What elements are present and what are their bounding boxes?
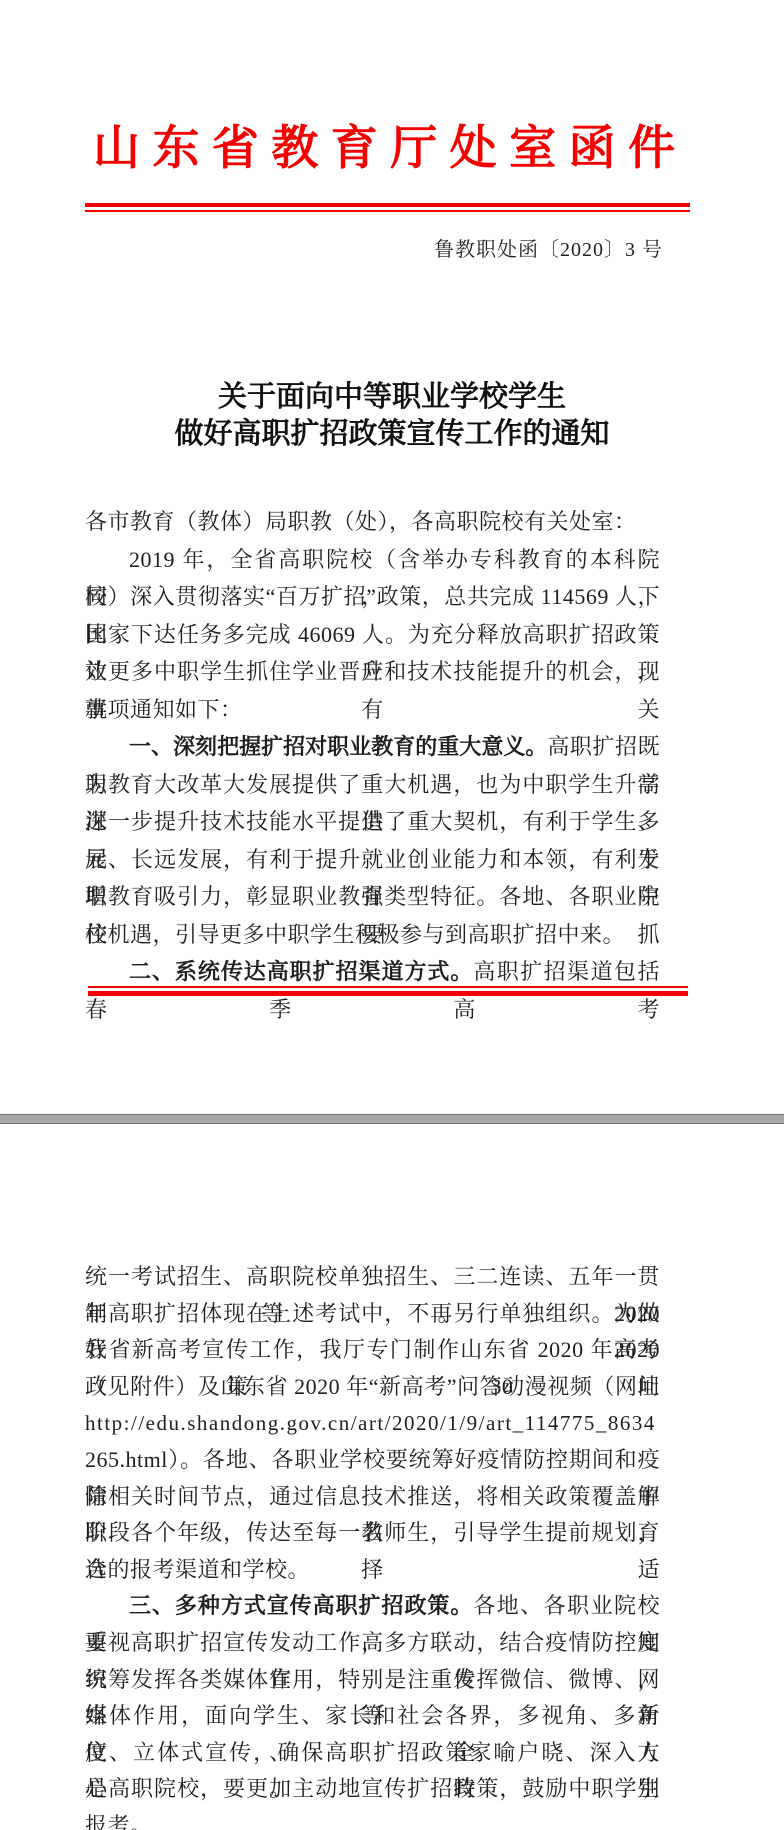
- section-heading: 二、系统传达高职扩招渠道方式。: [129, 959, 473, 984]
- body-line: 年高职扩招体现在上述考试中，不再另行单独组织。为做好 2020: [85, 1296, 660, 1333]
- body-line: 2019 年，全省高职院校（含举办专科教育的本科院校，下: [85, 541, 660, 579]
- body-line: 是高职院校，要更加主动地宣传扩招政策，鼓励中职学生报考。: [85, 1771, 660, 1808]
- letterhead-title: 山东省教育厅处室函件: [93, 120, 675, 179]
- body-line: 重视高职扩招宣传发动工作，多方联动，结合疫情防控知识宣传，: [85, 1625, 660, 1662]
- document-title-line2: 做好高职扩招政策宣传工作的通知: [0, 416, 784, 453]
- body-line: 除相关时间节点，通过信息技术推送，将相关政策覆盖中职教育: [85, 1479, 660, 1516]
- body-line: 让更多中职学生抓住学业晋升和技术技能提升的机会，现就有关: [85, 653, 660, 691]
- rule-thick: [88, 991, 688, 996]
- rule-thin: [85, 210, 690, 212]
- body-line: 一、深刻把握扩招对职业教育的重大意义。高职扩招既为高: [85, 728, 660, 766]
- page2-body: 统一考试招生、高职院校单独招生、三二连读、五年一贯制等。2020 年高职扩招体现…: [85, 1259, 660, 1808]
- body-line: 住机遇，引导更多中职学生积极参与到高职扩招中来。: [85, 916, 660, 954]
- body-line: 国家下达任务多完成 46069 人。为充分释放高职扩招政策效应，: [85, 616, 660, 654]
- salutation-line: 各市教育（教体）局职教（处），各高职院校有关处室：: [85, 503, 660, 541]
- body-line: 职教育大改革大发展提供了重大机遇，也为中职学生升学深造、: [85, 766, 660, 804]
- page-separator: [0, 1114, 784, 1124]
- body-line: 统一考试招生、高职院校单独招生、三二连读、五年一贯制等。2020: [85, 1259, 660, 1296]
- section-heading: 一、深刻把握扩招对职业教育的重大意义。: [129, 734, 547, 759]
- footer-double-rule: [88, 986, 688, 996]
- document-title-line1: 关于面向中等职业学校学生: [0, 379, 784, 416]
- body-line: 我省新高考宣传工作，我厅专门制作山东省 2020 年高考政策 30 问: [85, 1332, 660, 1369]
- body-line: 阶段各个年级，传达至每一名师生，引导学生提前规划，选择适: [85, 1515, 660, 1552]
- page1-body: 各市教育（教体）局职教（处），各高职院校有关处室： 2019 年，全省高职院校（…: [85, 503, 660, 991]
- letterhead-double-rule: [85, 203, 690, 212]
- body-line: （见附件）及山东省 2020 年“新高考”问答动漫视频（网址: [85, 1369, 660, 1406]
- body-line: 展、长远发展，有利于提升就业创业能力和本领，有利于增强中: [85, 841, 660, 879]
- body-line: 三、多种方式宣传高职扩招政策。各地、各职业院校要高度: [85, 1588, 660, 1625]
- url-text: http://edu.shandong.gov.cn/art/2020/1/9/…: [85, 1405, 660, 1442]
- body-line: 265.html）。各地、各职业学校要统筹好疫情防控期间和疫情解: [85, 1442, 660, 1479]
- document-title: 关于面向中等职业学校学生 做好高职扩招政策宣传工作的通知: [0, 379, 784, 453]
- body-line: 进一步提升技术技能水平提供了重大契机，有利于学生多元发: [85, 803, 660, 841]
- body-line: 位、立体式宣传，确保高职扩招政策家喻户晓、深入人心。特别: [85, 1735, 660, 1772]
- body-line: 统筹发挥各类媒体作用，特别是注重发挥微信、微博、网络等新: [85, 1662, 660, 1699]
- document-page: 山东省教育厅处室函件 鲁教职处函〔2020〕3 号 关于面向中等职业学校学生 做…: [0, 0, 784, 1830]
- section-heading: 三、多种方式宣传高职扩招政策。: [129, 1593, 473, 1618]
- body-line: 媒体作用，面向学生、家长和社会各界，多视角、多角度、全方: [85, 1698, 660, 1735]
- document-number: 鲁教职处函〔2020〕3 号: [434, 233, 663, 262]
- body-line: 同）深入贯彻落实“百万扩招”政策，总共完成 114569 人，比: [85, 578, 660, 616]
- body-line: 职教育吸引力，彰显职业教育类型特征。各地、各职业院校要抓: [85, 878, 660, 916]
- body-line: 二、系统传达高职扩招渠道方式。高职扩招渠道包括春季高考: [85, 953, 660, 991]
